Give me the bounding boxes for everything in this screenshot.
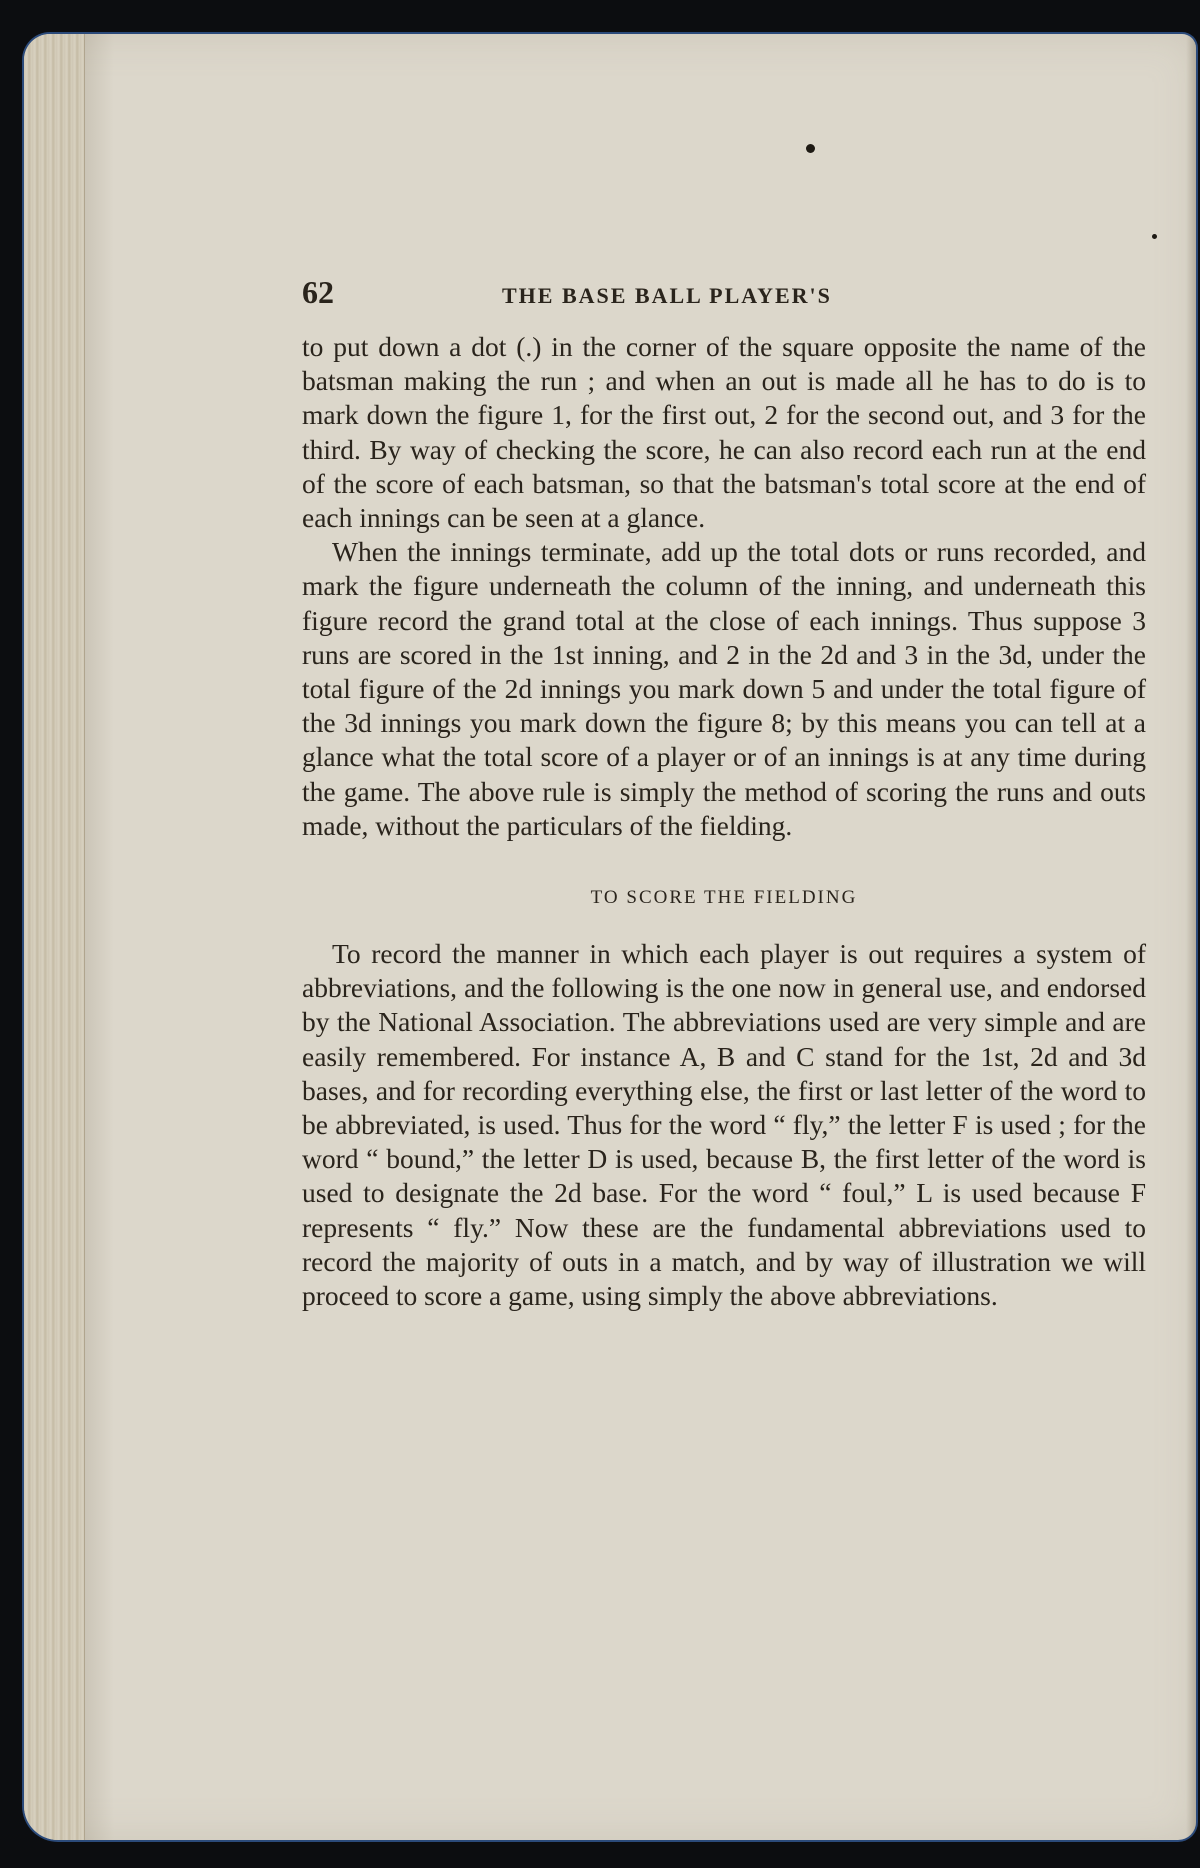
paragraph: To record the manner in which each playe…	[272, 937, 1146, 1313]
section-heading: TO SCORE THE FIELDING	[272, 887, 1146, 909]
book-page: 62 THE BASE BALL PLAYER'S to put down a …	[24, 34, 1196, 1840]
paragraph: When the innings terminate, add up the t…	[272, 535, 1146, 843]
page-right-edge	[1186, 34, 1196, 1840]
page-number: 62	[302, 274, 502, 311]
gutter-shadow	[84, 34, 114, 1840]
page-edges	[24, 34, 85, 1840]
ink-dot	[806, 144, 815, 153]
ink-dot	[1152, 234, 1157, 239]
page-text: 62 THE BASE BALL PLAYER'S to put down a …	[272, 274, 1146, 1313]
running-head: 62 THE BASE BALL PLAYER'S	[302, 274, 1146, 330]
paragraph: to put down a dot (.) in the corner of t…	[272, 330, 1146, 535]
running-head-title: THE BASE BALL PLAYER'S	[502, 283, 832, 309]
